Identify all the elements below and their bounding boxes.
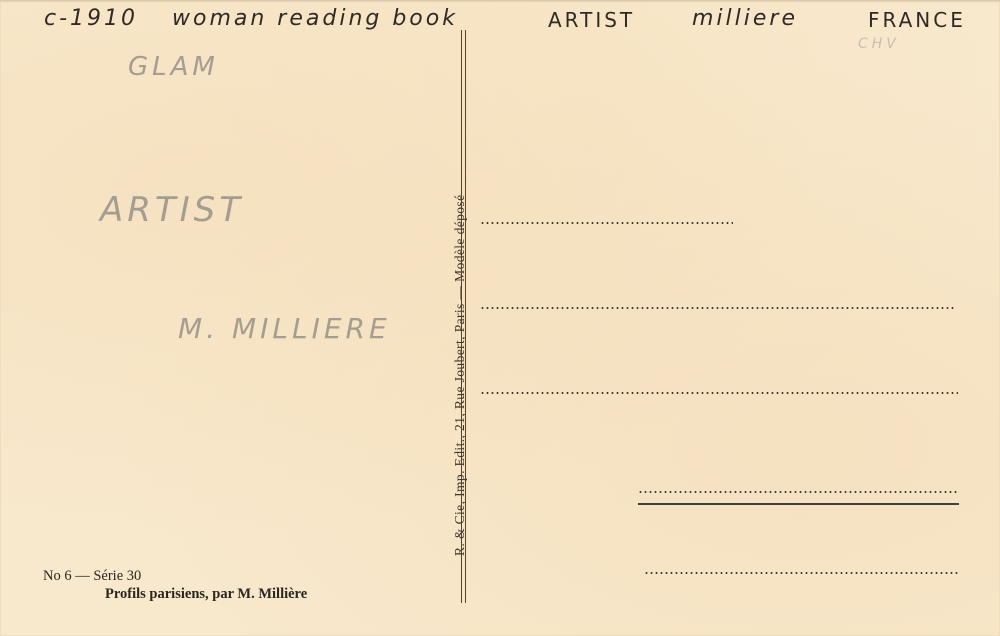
caption-title: Profils parisiens, par M. Millière <box>105 586 307 603</box>
address-line-3 <box>480 392 958 394</box>
postcard-back: c-1910 woman reading book ARTIST millier… <box>0 0 1000 636</box>
address-line-1 <box>480 222 733 224</box>
caption-series: No 6 — Série 30 <box>43 568 141 585</box>
handwritten-country: FRANCE <box>868 8 966 32</box>
handwritten-artist-label: ARTIST <box>548 8 635 32</box>
pencil-note-glam: GLAM <box>128 52 219 82</box>
address-line-4 <box>638 491 958 493</box>
pencil-note-artist-name: M. MILLIERE <box>178 312 391 345</box>
address-line-5 <box>644 572 958 574</box>
card-top-edge <box>0 0 1000 3</box>
center-divider <box>461 30 466 603</box>
address-line-2 <box>480 307 954 309</box>
handwritten-artist-name: milliere <box>692 6 798 31</box>
pencil-note-artist: ARTIST <box>100 190 244 230</box>
pencil-note-faint: CHV <box>858 36 900 52</box>
handwritten-subject: woman reading book <box>172 6 458 31</box>
handwritten-date: c-1910 <box>44 6 138 31</box>
address-underline-solid <box>638 503 959 505</box>
